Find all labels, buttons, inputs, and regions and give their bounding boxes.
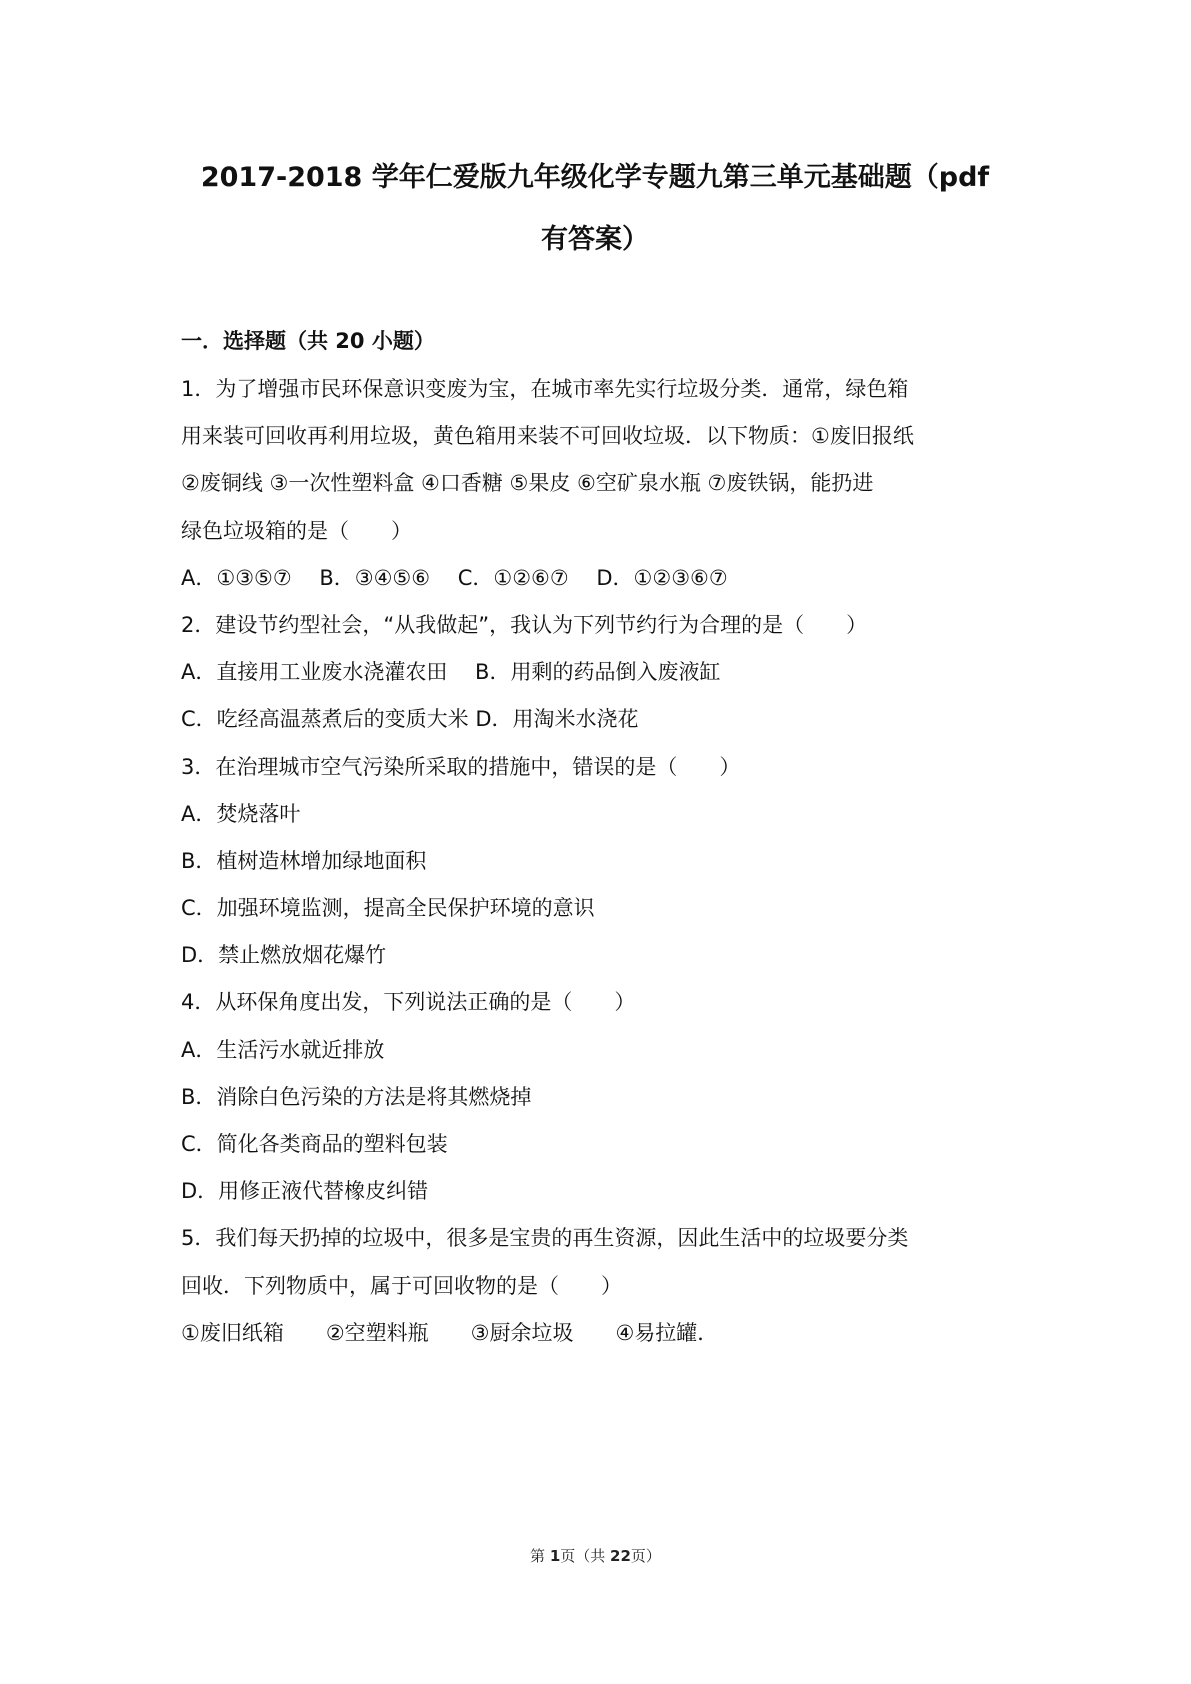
section-heading: 一．选择题（共 20 小题） bbox=[181, 325, 435, 355]
text-line: 2．建设节约型社会，“从我做起”，我认为下列节约行为合理的是（ ） bbox=[181, 602, 1021, 649]
text-line: 用来装可回收再利用垃圾，黄色箱用来装不可回收垃圾．以下物质：①废旧报纸 bbox=[181, 413, 1021, 460]
answer-options: A．直接用工业废水浇灌农田 B．用剩的药品倒入废液缸 bbox=[181, 649, 1021, 696]
text-line: 回收．下列物质中，属于可回收物的是（ ） bbox=[181, 1263, 1021, 1310]
text-line: 3．在治理城市空气污染所采取的措施中，错误的是（ ） bbox=[181, 744, 1021, 791]
answer-options: C．吃经高温蒸煮后的变质大米 D．用淘米水浇花 bbox=[181, 696, 1021, 743]
answer-option: D．禁止燃放烟花爆竹 bbox=[181, 932, 1021, 979]
answer-option: B．消除白色污染的方法是将其燃烧掉 bbox=[181, 1074, 1021, 1121]
text-line: ②废铜线 ③一次性塑料盒 ④口香糖 ⑤果皮 ⑥空矿泉水瓶 ⑦废铁锅，能扔进 bbox=[181, 460, 1021, 507]
text-line: 1．为了增强市民环保意识变废为宝，在城市率先实行垃圾分类．通常，绿色箱 bbox=[181, 366, 1021, 413]
page-total: 22 bbox=[610, 1547, 631, 1565]
answer-option: A．焚烧落叶 bbox=[181, 791, 1021, 838]
document-title: 2017-2018 学年仁爱版九年级化学专题九第三单元基础题（pdf 有答案） bbox=[150, 147, 1040, 271]
text-line: 5．我们每天扔掉的垃圾中，很多是宝贵的再生资源，因此生活中的垃圾要分类 bbox=[181, 1215, 1021, 1262]
answer-option: C．简化各类商品的塑料包装 bbox=[181, 1121, 1021, 1168]
text-line: 4．从环保角度出发，下列说法正确的是（ ） bbox=[181, 979, 1021, 1026]
text-line: ①废旧纸箱 ②空塑料瓶 ③厨余垃圾 ④易拉罐． bbox=[181, 1310, 1021, 1357]
answer-option: B．植树造林增加绿地面积 bbox=[181, 838, 1021, 885]
title-line-1: 2017-2018 学年仁爱版九年级化学专题九第三单元基础题（pdf bbox=[150, 147, 1040, 209]
answer-option: A．生活污水就近排放 bbox=[181, 1027, 1021, 1074]
title-line-2: 有答案） bbox=[150, 209, 1040, 271]
answer-option: C．加强环境监测，提高全民保护环境的意识 bbox=[181, 885, 1021, 932]
answer-option: D．用修正液代替橡皮纠错 bbox=[181, 1168, 1021, 1215]
answer-options: A．①③⑤⑦ B．③④⑤⑥ C．①②⑥⑦ D．①②③⑥⑦ bbox=[181, 555, 1021, 602]
question-list: 1．为了增强市民环保意识变废为宝，在城市率先实行垃圾分类．通常，绿色箱 用来装可… bbox=[181, 366, 1021, 1357]
page-footer: 第 1页（共 22页） bbox=[0, 1545, 1191, 1566]
text-line: 绿色垃圾箱的是（ ） bbox=[181, 508, 1021, 555]
page-number: 1 bbox=[550, 1547, 560, 1565]
